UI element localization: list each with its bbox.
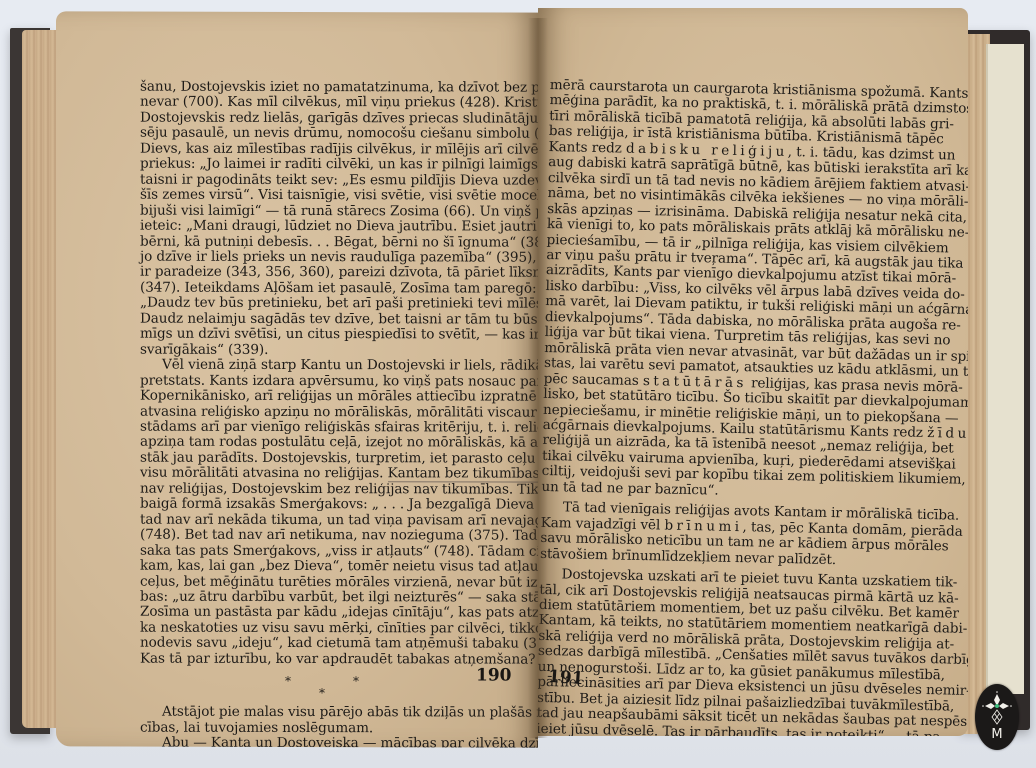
text-line: Abu — Kanta un Dostovejska — mācības par… bbox=[140, 736, 506, 748]
right-page: mērā caurstarota un caurgarota kristiāni… bbox=[538, 8, 968, 736]
section-separator: *** bbox=[140, 675, 506, 700]
text-line: kam, kas, lai gan „bez Dieva“, tomēr nei… bbox=[140, 559, 506, 575]
text-line: ieteic: „Mani draugi, lūdziet no Dieva j… bbox=[140, 219, 506, 235]
text-line: (748). Bet tad nav arī netikuma, nav noz… bbox=[140, 528, 506, 544]
left-page-body: šanu, Dostojevskis iziet no pamatatzinum… bbox=[140, 80, 506, 748]
svg-text:M: M bbox=[991, 727, 1002, 742]
watermark-logo: M bbox=[975, 684, 1019, 750]
ornament-icon: M bbox=[975, 684, 1019, 750]
left-page: šanu, Dostojevskis iziet no pamatatzinum… bbox=[56, 11, 538, 747]
right-page-body: mērā caurstarota un caurgarota kristiāni… bbox=[538, 78, 922, 736]
emphasized-term: žīdu bbox=[927, 425, 968, 442]
text-line: Kas tā par izturību, ko var apdraudēt ta… bbox=[140, 651, 506, 667]
page-number-right: 191 bbox=[547, 667, 584, 689]
text-line: Kopernikānisko, arī reliģijas un mōrāles… bbox=[140, 389, 506, 405]
page-number-left: 190 bbox=[476, 665, 512, 685]
text-line: šīs zemes virsū“. Visi taisnīgie, visi s… bbox=[140, 188, 506, 204]
text-line: Vēl vienā ziņā starp Kantu un Dostojevsk… bbox=[140, 358, 506, 374]
endpaper bbox=[986, 44, 1024, 694]
book-gutter bbox=[528, 18, 548, 738]
